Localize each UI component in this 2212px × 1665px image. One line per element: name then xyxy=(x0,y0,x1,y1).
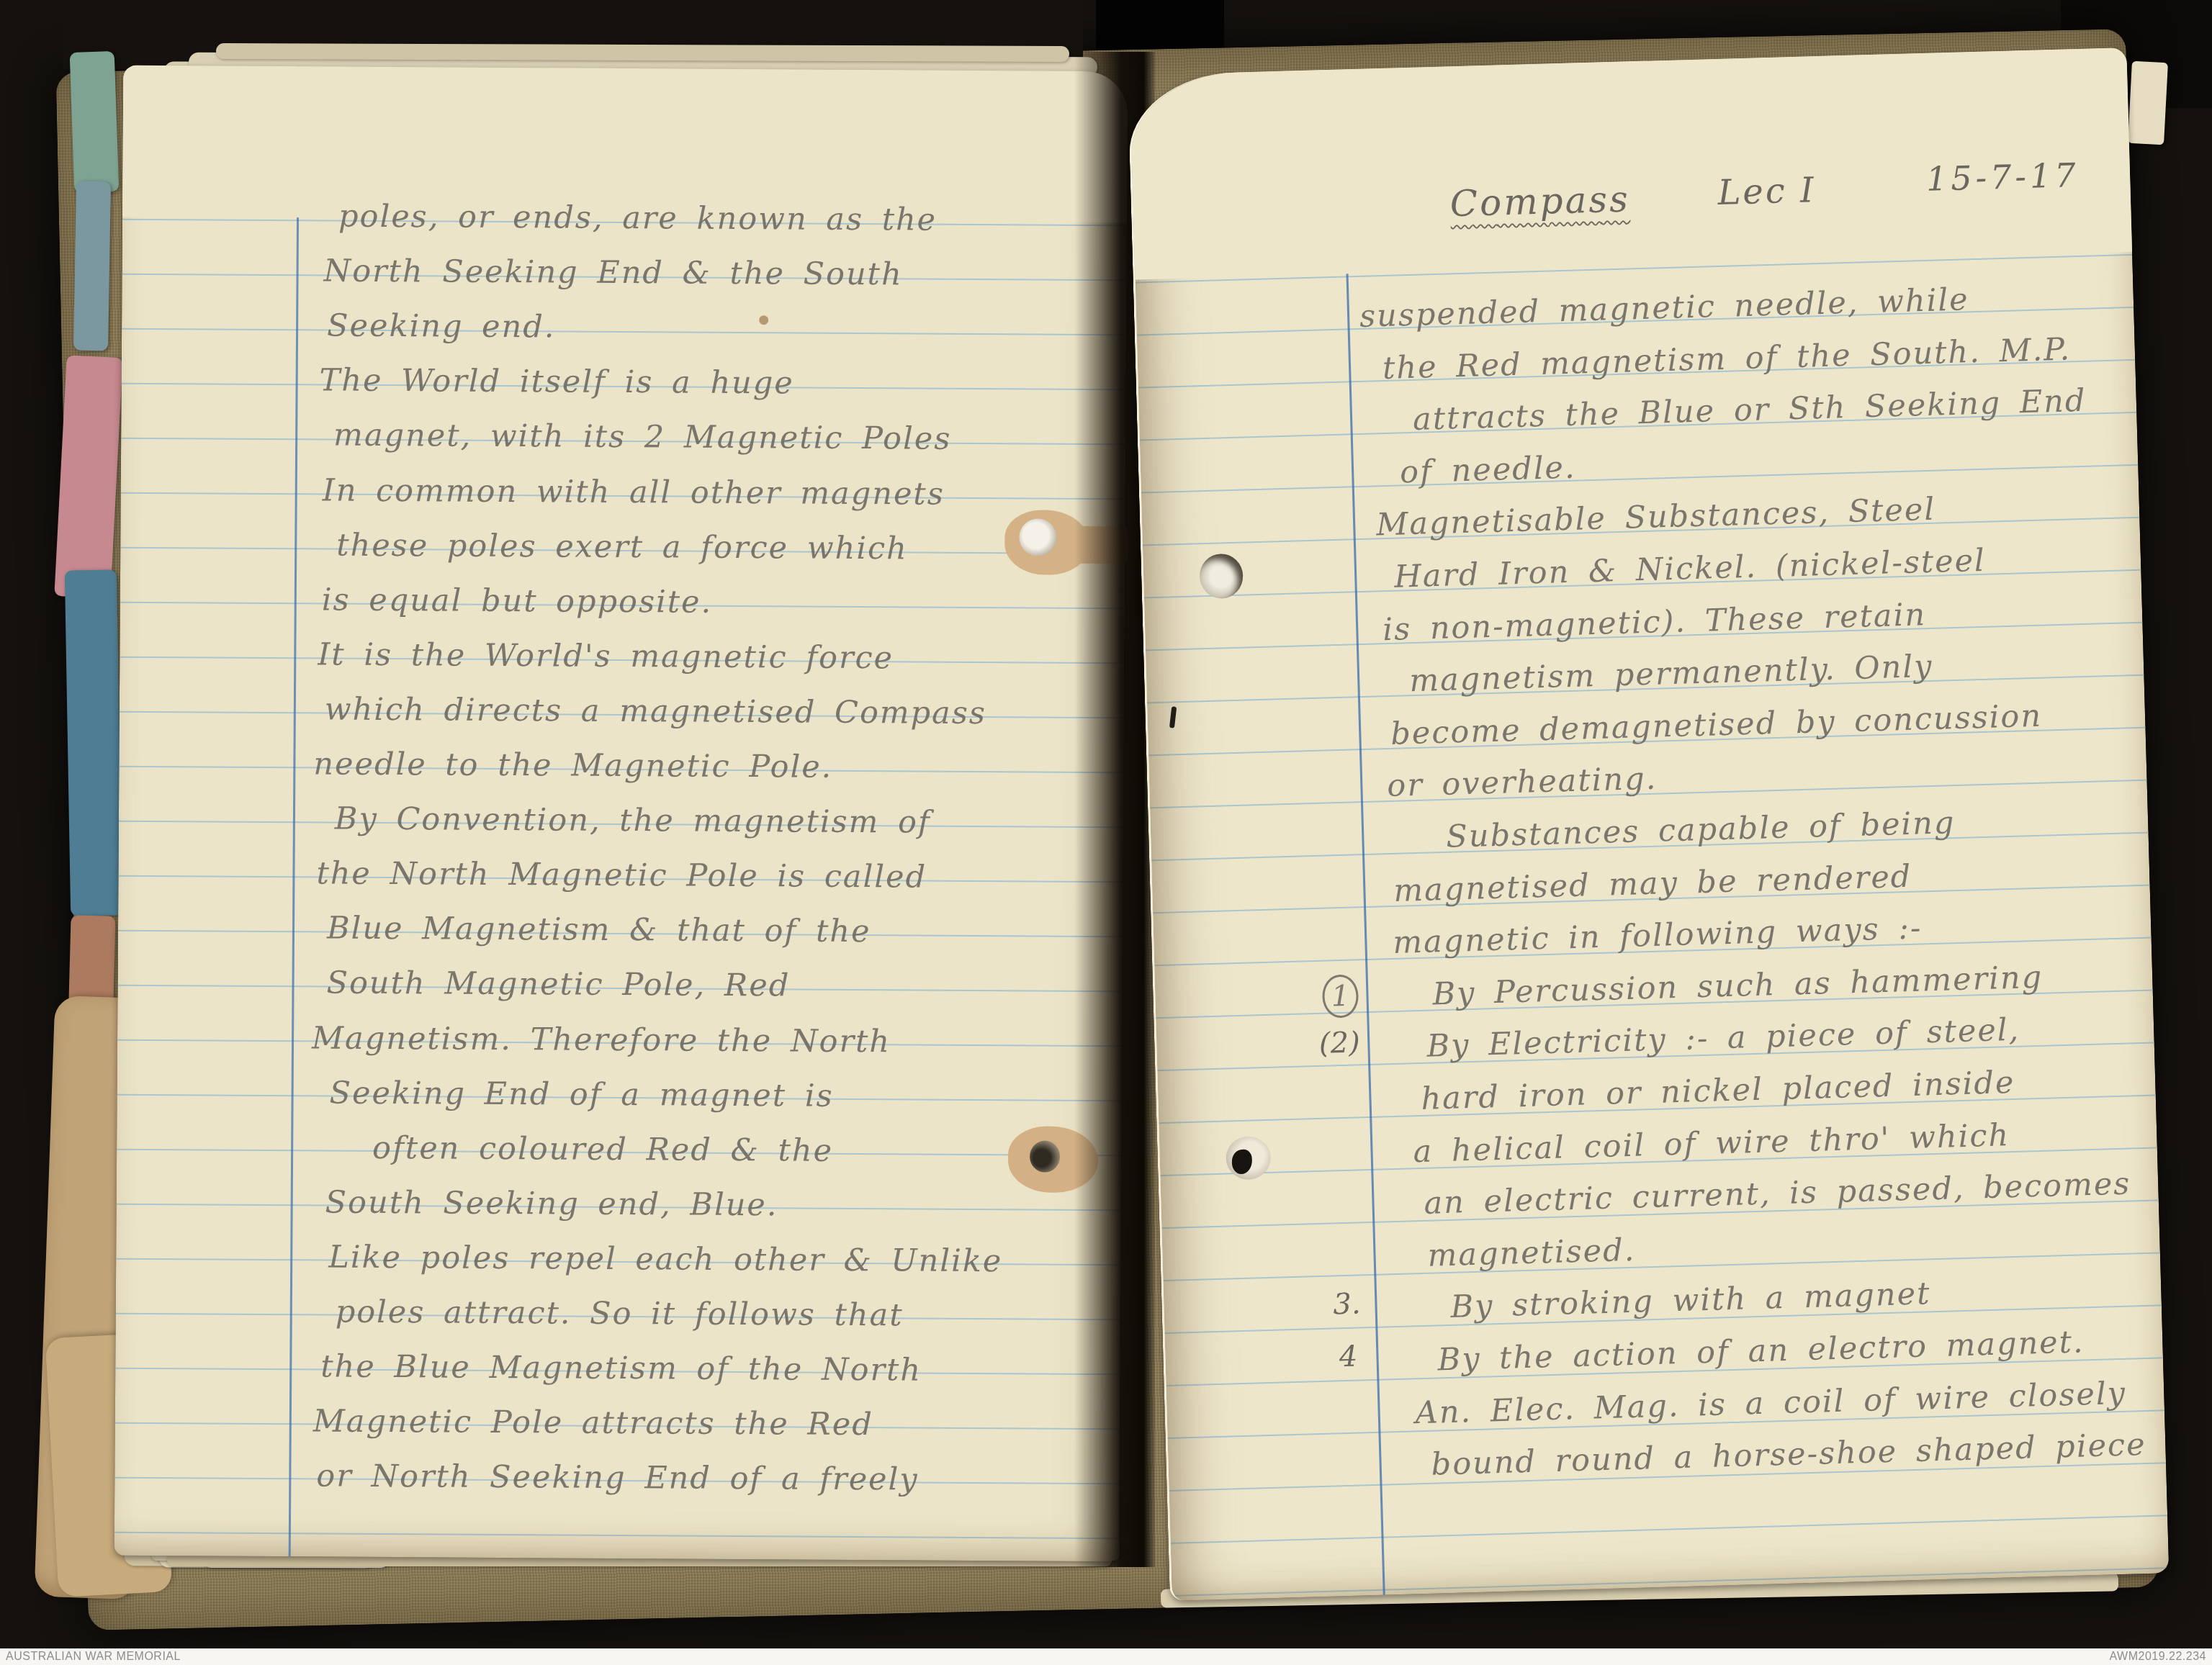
handwritten-line: North Seeking End & the South xyxy=(323,253,902,293)
handwritten-line: or overheating. xyxy=(1387,761,1658,804)
list-marker: (2) xyxy=(1316,1026,1363,1061)
handwritten-line: Magnetisable Substances, Steel xyxy=(1376,492,1936,543)
accession-number: AWM2019.22.234 xyxy=(2104,1648,2212,1665)
handwritten-line: these poles exert a force which xyxy=(336,527,908,567)
handwritten-line: hard iron or nickel placed inside xyxy=(1421,1065,2015,1117)
handwritten-line: a helical coil of wire thro' which xyxy=(1413,1117,2010,1170)
handwritten-line: poles, or ends, are known as the xyxy=(338,199,937,238)
handwritten-line: By stroking with a magnet xyxy=(1450,1276,1931,1326)
handwritten-line: It is the World's magnetic force xyxy=(318,636,894,676)
handwritten-line: magnetism permanently. Only xyxy=(1409,649,1933,699)
handwritten-line: Seeking end. xyxy=(327,308,556,346)
handwritten-line: magnetic in following ways :- xyxy=(1393,911,1923,962)
handwritten-line: the North Magnetic Pole is called xyxy=(316,856,927,895)
handwritten-line: the Red magnetism of the South. M.P. xyxy=(1382,331,2071,387)
handwritten-line: magnet, with its 2 Magnetic Poles xyxy=(333,418,951,457)
handwritten-line: often coloured Red & the xyxy=(372,1130,833,1169)
colored-insert-blue xyxy=(65,569,122,916)
handwritten-line: bound round a horse-shoe shaped piece xyxy=(1431,1427,2146,1483)
handwritten-line: Hard Iron & Nickel. (nickel-steel xyxy=(1394,543,1987,595)
archive-caption-bar: AUSTRALIAN WAR MEMORIAL AWM2019.22.234 xyxy=(0,1648,2212,1665)
handwritten-line: South Seeking end, Blue. xyxy=(325,1184,778,1223)
archive-name: AUSTRALIAN WAR MEMORIAL xyxy=(0,1648,186,1665)
handwritten-line: poles attract. So it follows that xyxy=(336,1294,904,1334)
handwritten-line: Substances capable of being xyxy=(1446,805,1956,855)
handwritten-line: Magnetic Pole attracts the Red xyxy=(313,1404,873,1443)
handwritten-line: of needle. xyxy=(1400,449,1577,490)
list-marker: 1 xyxy=(1322,974,1359,1018)
handwritten-line: or North Seeking End of a freely xyxy=(316,1458,919,1498)
handwritten-line: attracts the Blue or Sth Seeking End xyxy=(1412,383,2087,438)
handwritten-line: By Percussion such as hammering xyxy=(1432,960,2044,1013)
handwritten-line: the Blue Magnetism of the North xyxy=(320,1349,922,1389)
handwriting-block: suspended magnetic needle, whilethe Red … xyxy=(1130,48,2170,1601)
handwriting-block: poles, or ends, are known as theNorth Se… xyxy=(114,66,1128,1561)
left-page: poles, or ends, are known as theNorth Se… xyxy=(114,66,1128,1561)
handwritten-line: Seeking End of a magnet is xyxy=(329,1075,833,1114)
handwritten-line: By the action of an electro magnet. xyxy=(1437,1324,2085,1378)
handwritten-line: is equal but opposite. xyxy=(322,582,713,620)
handwritten-line: Blue Magnetism & that of the xyxy=(327,911,871,950)
list-marker: 3. xyxy=(1323,1287,1370,1322)
colored-insert-slate xyxy=(73,181,111,351)
handwritten-line: An. Elec. Mag. is a coil of wire closely xyxy=(1415,1375,2127,1431)
handwritten-line: an electric current, is passed, becomes xyxy=(1424,1166,2131,1222)
page-edge-stack-top xyxy=(216,43,1069,62)
handwritten-line: The World itself is a huge xyxy=(320,363,794,402)
handwritten-line: Like poles repel each other & Unlike xyxy=(328,1239,1002,1279)
right-page: Compass Lec I 15-7-17 suspended magnetic… xyxy=(1128,48,2170,1601)
handwritten-line: magnetised. xyxy=(1427,1232,1636,1274)
handwritten-line: become demagnetised by concussion xyxy=(1390,698,2043,752)
handwritten-line: needle to the Magnetic Pole. xyxy=(313,746,832,785)
scanned-notebook-photo: poles, or ends, are known as theNorth Se… xyxy=(0,0,2212,1665)
handwritten-line: which directs a magnetised Compass xyxy=(325,691,986,731)
handwritten-line: By Convention, the magnetism of xyxy=(335,801,931,841)
handwritten-line: magnetised may be rendered xyxy=(1393,858,1912,908)
paper-tab xyxy=(2128,61,2168,145)
colored-insert-teal xyxy=(70,51,120,193)
handwritten-line: is non-magnetic). These retain xyxy=(1382,597,1927,648)
handwritten-line: Magnetism. Therefore the North xyxy=(312,1020,891,1060)
list-marker: 4 xyxy=(1325,1340,1372,1374)
handwritten-line: By Electricity :- a piece of steel, xyxy=(1426,1012,2020,1065)
handwritten-line: suspended magnetic needle, while xyxy=(1359,281,1969,335)
handwritten-line: In common with all other magnets xyxy=(323,472,945,512)
handwritten-line: South Magnetic Pole, Red xyxy=(326,965,790,1004)
